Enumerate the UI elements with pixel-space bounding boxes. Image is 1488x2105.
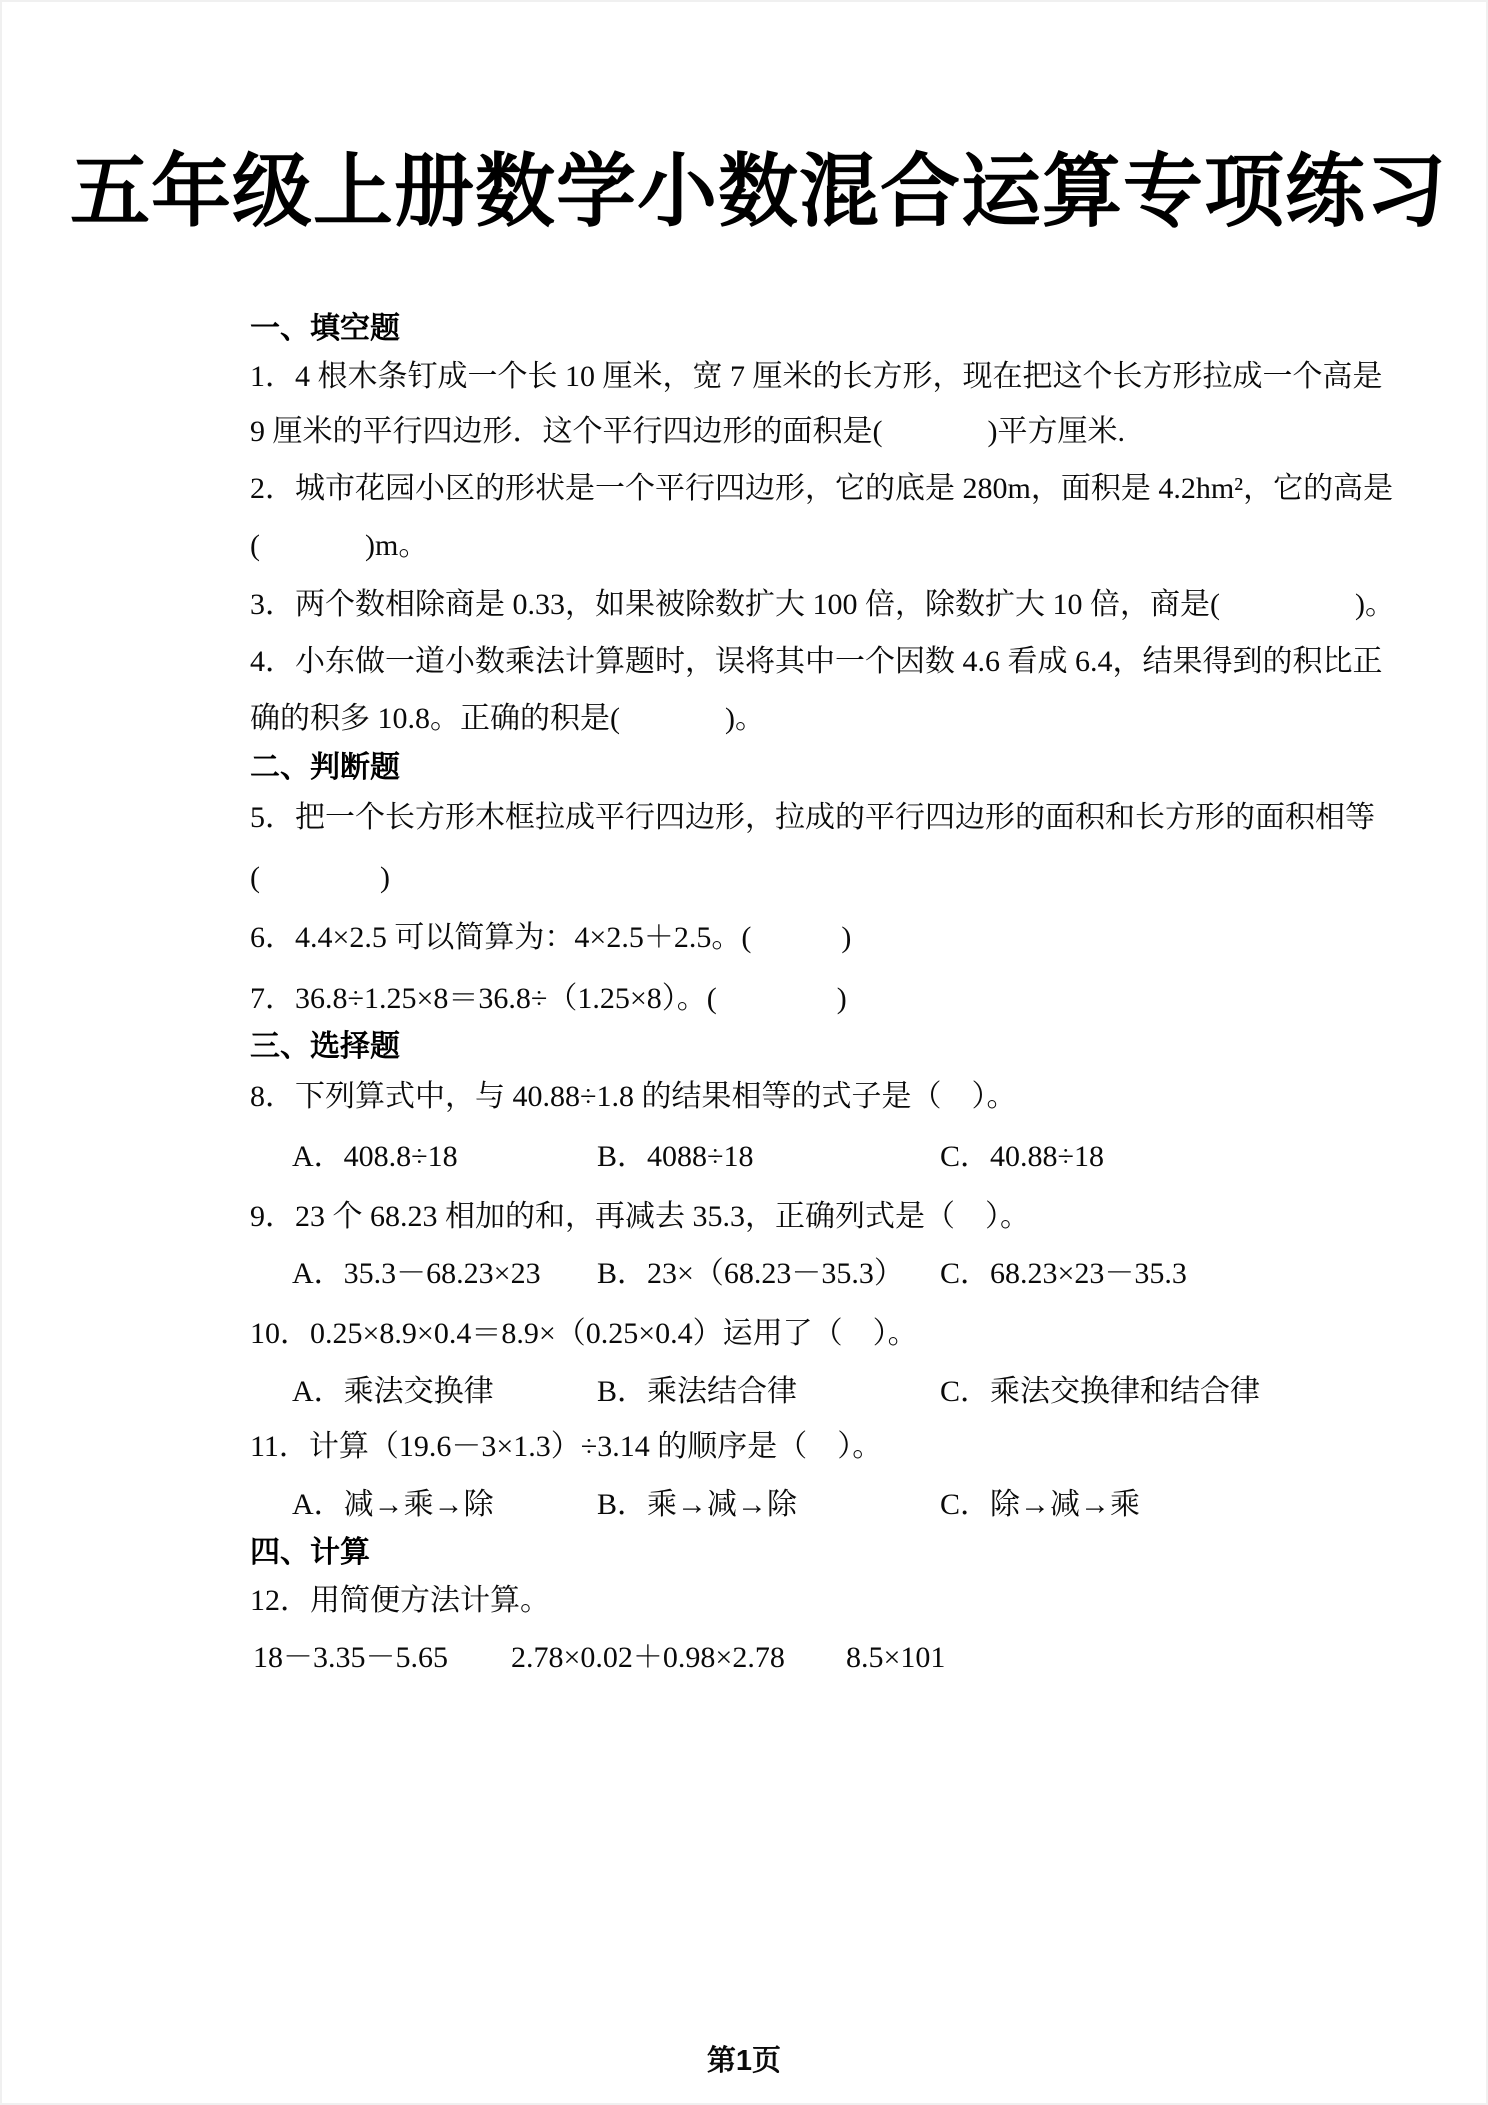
question-9-stem: 9．23 个 68.23 相加的和，再减去 35.3，正确列式是（ ）。 [250,1200,1030,1234]
worksheet-page: { "title": "五年级上册数学小数混合运算专项练习", "section… [0,0,1488,2105]
question-12-expression-2: 2.78×0.02＋0.98×2.78 [511,1641,785,1675]
question-11-stem: 11．计算（19.6－3×1.3）÷3.14 的顺序是（ ）。 [250,1430,882,1464]
question-3-line-1: 3．两个数相除商是 0.33，如果被除数扩大 100 倍，除数扩大 10 倍，商… [250,588,1395,622]
page-number: 第1页 [0,2038,1488,2079]
question-8-option-a: A．408.8÷18 [292,1140,458,1174]
question-12-expression-3: 8.5×101 [846,1641,945,1675]
section-heading-true-false: 二、判断题 [250,751,400,785]
question-9-option-c: C．68.23×23－35.3 [940,1257,1187,1291]
question-10-option-c: C．乘法交换律和结合律 [940,1375,1260,1409]
question-9-option-b: B．23×（68.23－35.3） [597,1257,904,1291]
question-8-stem: 8．下列算式中，与 40.88÷1.8 的结果相等的式子是（ ）。 [250,1080,1016,1114]
question-1-line-1: 1．4 根木条钉成一个长 10 厘米，宽 7 厘米的长方形，现在把这个长方形拉成… [250,360,1383,394]
question-10-option-a: A．乘法交换律 [292,1375,494,1409]
question-12-expression-1: 18－3.35－5.65 [253,1641,448,1675]
question-11-option-c: C．除→减→乘 [940,1488,1140,1522]
question-2-line-1: 2．城市花园小区的形状是一个平行四边形，它的底是 280m，面积是 4.2hm²… [250,472,1393,506]
question-11-option-b: B．乘→减→除 [597,1488,797,1522]
question-2-line-2: ( )m。 [250,529,428,563]
question-10-option-b: B．乘法结合律 [597,1375,797,1409]
question-7-line-1: 7．36.8÷1.25×8＝36.8÷（1.25×8）。( ) [250,982,847,1016]
question-5-line-1: 5．把一个长方形木框拉成平行四边形，拉成的平行四边形的面积和长方形的面积相等 [250,801,1375,835]
question-1-line-2: 9 厘米的平行四边形．这个平行四边形的面积是( )平方厘米. [250,415,1125,449]
question-10-stem: 10．0.25×8.9×0.4＝8.9×（0.25×0.4）运用了（ ）。 [250,1317,918,1351]
doc-title: 五年级上册数学小数混合运算专项练习 [70,148,1447,236]
section-heading-multiple-choice: 三、选择题 [250,1030,400,1064]
section-heading-fill-blanks: 一、填空题 [250,312,400,346]
question-8-option-b: B．4088÷18 [597,1140,753,1174]
question-4-line-2: 确的积多 10.8。正确的积是( )。 [250,702,765,736]
question-11-option-a: A．减→乘→除 [292,1488,494,1522]
question-4-line-1: 4．小东做一道小数乘法计算题时，误将其中一个因数 4.6 看成 6.4，结果得到… [250,645,1383,679]
question-5-line-2: ( ) [250,861,390,895]
question-6-line-1: 6．4.4×2.5 可以简算为：4×2.5＋2.5。( ) [250,921,851,955]
question-8-option-c: C．40.88÷18 [940,1140,1104,1174]
section-heading-calculation: 四、计算 [250,1536,370,1570]
question-9-option-a: A．35.3－68.23×23 [292,1257,541,1291]
question-12-stem: 12．用简便方法计算。 [250,1584,550,1618]
